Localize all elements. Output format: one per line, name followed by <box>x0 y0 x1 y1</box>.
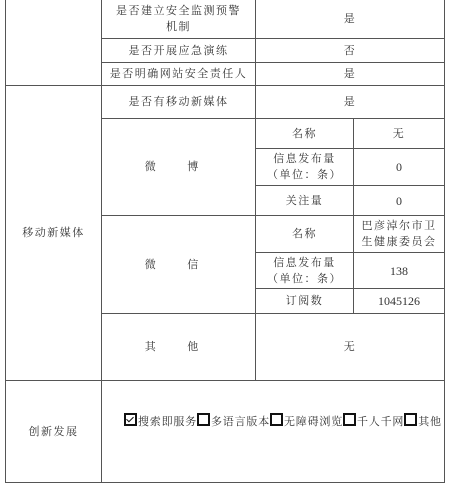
statistics-table: 是否建立安全监测预警机制 是 是否开展应急演练 否 是否明确网站安全责任人 是 … <box>5 0 445 483</box>
checkbox-icon[interactable] <box>197 413 210 426</box>
row-value: 是 <box>256 63 445 86</box>
row-value: 是 <box>256 0 445 39</box>
wechat-subscribers-label: 订阅数 <box>256 289 354 314</box>
weibo-followers-label: 关注量 <box>256 186 354 216</box>
option-other[interactable]: 其他 <box>404 415 442 428</box>
option-accessibility[interactable]: 无障碍浏览 <box>270 415 343 428</box>
wechat-subscribers-value: 1045126 <box>354 289 445 314</box>
wechat-posts-value: 138 <box>354 253 445 289</box>
option-personalized[interactable]: 千人千网 <box>343 415 404 428</box>
innovation-options: 搜索即服务多语言版本无障碍浏览千人千网其他 <box>102 381 445 483</box>
weibo-posts-label: 信息发布量（单位：条） <box>256 149 354 186</box>
other-label: 其 他 <box>102 314 256 381</box>
other-value: 无 <box>256 314 445 381</box>
section-label-mobile-media: 移动新媒体 <box>6 86 102 381</box>
table-row: 是否建立安全监测预警机制 是 <box>6 0 445 39</box>
row-label: 是否有移动新媒体 <box>102 86 256 119</box>
row-label: 是否建立安全监测预警机制 <box>102 0 256 39</box>
checkbox-icon[interactable] <box>343 413 356 426</box>
table-row: 创新发展 搜索即服务多语言版本无障碍浏览千人千网其他 <box>6 381 445 483</box>
wechat-name-label: 名称 <box>256 216 354 253</box>
row-value: 是 <box>256 86 445 119</box>
weibo-name-value: 无 <box>354 119 445 149</box>
wechat-posts-label: 信息发布量（单位：条） <box>256 253 354 289</box>
weibo-followers-value: 0 <box>354 186 445 216</box>
table-row: 移动新媒体 是否有移动新媒体 是 <box>6 86 445 119</box>
section-label-empty <box>6 0 102 86</box>
option-multilingual[interactable]: 多语言版本 <box>197 415 270 428</box>
option-search-service[interactable]: 搜索即服务 <box>124 415 197 428</box>
row-label: 是否明确网站安全责任人 <box>102 63 256 86</box>
section-label-innovation: 创新发展 <box>6 381 102 483</box>
weibo-label: 微 博 <box>102 119 256 216</box>
checkbox-icon[interactable] <box>404 413 417 426</box>
checkbox-icon[interactable] <box>270 413 283 426</box>
row-label: 是否开展应急演练 <box>102 39 256 63</box>
wechat-label: 微 信 <box>102 216 256 314</box>
row-value: 否 <box>256 39 445 63</box>
weibo-name-label: 名称 <box>256 119 354 149</box>
checkbox-checked-icon[interactable] <box>124 413 137 426</box>
weibo-posts-value: 0 <box>354 149 445 186</box>
wechat-name-value: 巴彦淖尔市卫生健康委员会 <box>354 216 445 253</box>
